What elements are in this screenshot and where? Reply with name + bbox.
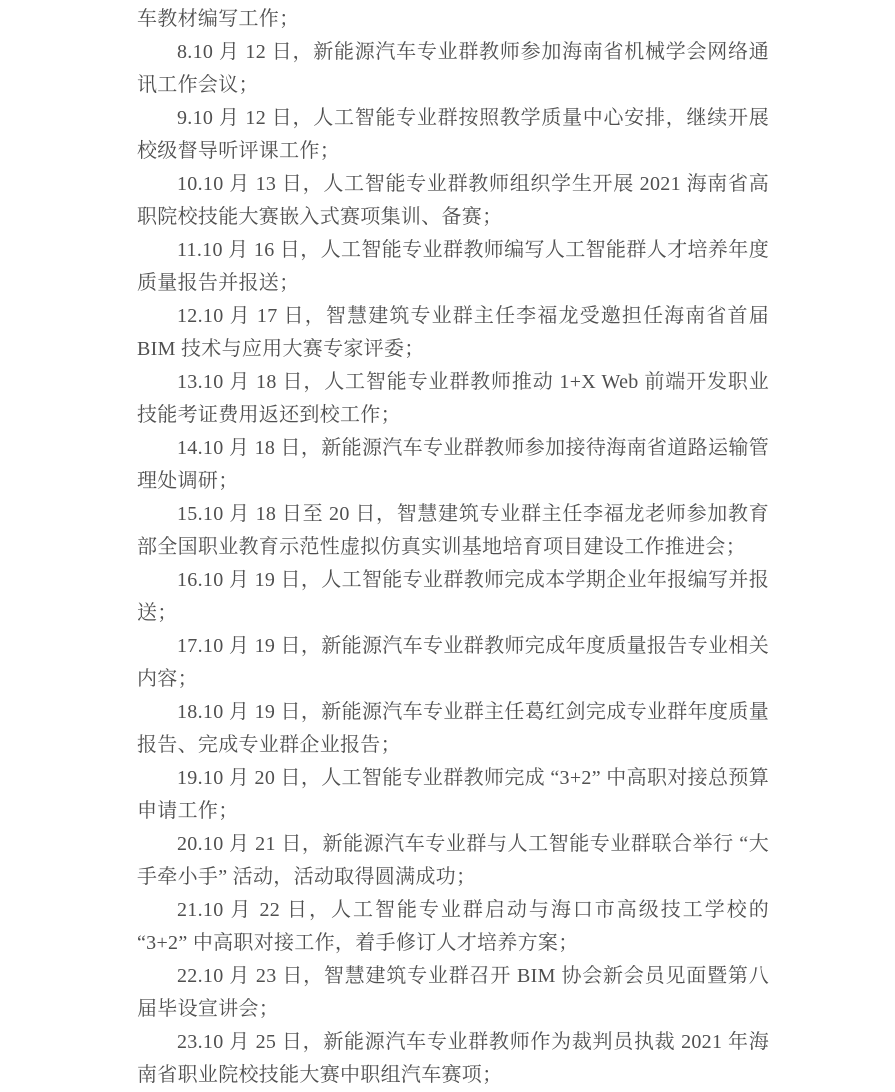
paragraph-line: 10.10 月 13 日，人工智能专业群教师组织学生开展 2021 海南省高职院… xyxy=(137,168,769,234)
paragraph-line: 车教材编写工作； xyxy=(137,3,769,36)
paragraph-line: 19.10 月 20 日，人工智能专业群教师完成 “3+2” 中高职对接总预算申… xyxy=(137,762,769,828)
paragraph-line: 12.10 月 17 日，智慧建筑专业群主任李福龙受邀担任海南省首届 BIM 技… xyxy=(137,300,769,366)
paragraph-line: 21.10 月 22 日，人工智能专业群启动与海口市高级技工学校的 “3+2” … xyxy=(137,894,769,960)
paragraph-line: 17.10 月 19 日，新能源汽车专业群教师完成年度质量报告专业相关内容； xyxy=(137,630,769,696)
paragraph-line: 11.10 月 16 日，人工智能专业群教师编写人工智能群人才培养年度质量报告并… xyxy=(137,234,769,300)
paragraph-line: 15.10 月 18 日至 20 日，智慧建筑专业群主任李福龙老师参加教育部全国… xyxy=(137,498,769,564)
paragraph-line: 13.10 月 18 日，人工智能专业群教师推动 1+X Web 前端开发职业技… xyxy=(137,366,769,432)
paragraph-line: 8.10 月 12 日，新能源汽车专业群教师参加海南省机械学会网络通讯工作会议； xyxy=(137,36,769,102)
paragraph-line: 14.10 月 18 日，新能源汽车专业群教师参加接待海南省道路运输管理处调研； xyxy=(137,432,769,498)
paragraph-line: 23.10 月 25 日，新能源汽车专业群教师作为裁判员执裁 2021 年海南省… xyxy=(137,1026,769,1031)
paragraph-line: 16.10 月 19 日，人工智能专业群教师完成本学期企业年报编写并报送； xyxy=(137,564,769,630)
document-page: 车教材编写工作；8.10 月 12 日，新能源汽车专业群教师参加海南省机械学会网… xyxy=(0,0,895,1031)
paragraph-line: 18.10 月 19 日，新能源汽车专业群主任葛红剑完成专业群年度质量报告、完成… xyxy=(137,696,769,762)
paragraph-line: 9.10 月 12 日，人工智能专业群按照教学质量中心安排，继续开展校级督导听评… xyxy=(137,102,769,168)
document-text-block: 车教材编写工作；8.10 月 12 日，新能源汽车专业群教师参加海南省机械学会网… xyxy=(137,3,769,1031)
paragraph-line: 22.10 月 23 日，智慧建筑专业群召开 BIM 协会新会员见面暨第八届毕设… xyxy=(137,960,769,1026)
paragraph-line: 20.10 月 21 日，新能源汽车专业群与人工智能专业群联合举行 “大手牵小手… xyxy=(137,828,769,894)
